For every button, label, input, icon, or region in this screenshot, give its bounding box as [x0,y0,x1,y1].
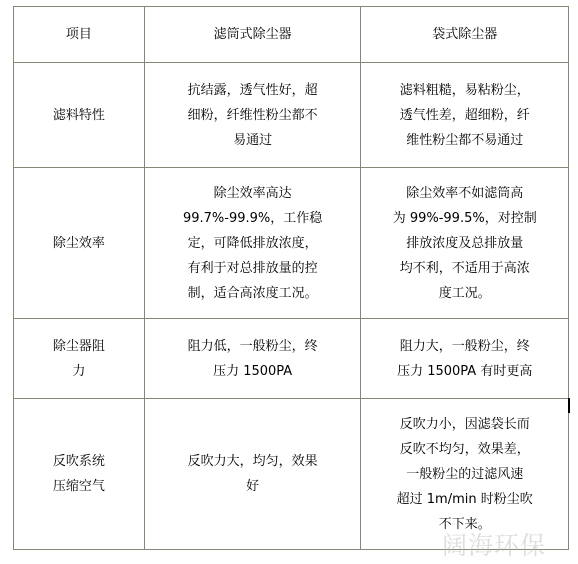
cell-line: 超过 1m/min 时粉尘吹 [397,487,533,512]
cell-text: 除尘效率高达 99.7%-99.9%，工作稳 定，可降低排放浓度， 有利于对总排… [183,181,322,306]
cell-cartridge: 抗结露，透气性好，超 细粉，纤维性粉尘都不 易通过 [144,63,361,168]
cell-line: 除尘效率 [53,231,105,256]
table-row-filter-media: 滤料特性 抗结露，透气性好，超 细粉，纤维性粉尘都不 易通过 滤料粗糙，易粘粉尘… [14,63,569,168]
header-item-label: 项目 [66,27,92,42]
dust-collector-comparison-table: 项目 滤筒式除尘器 袋式除尘器 滤料特性 抗结露，透气性好，超 细粉，纤维性粉尘… [13,6,569,550]
cell-text: 阻力大，一般粉尘，终 压力 1500PA 有时更高 [397,334,532,384]
cell-line: 除尘器阻 [53,334,105,359]
cell-line: 反吹力大，均匀，效果 [188,449,318,474]
cell-line: 维性粉尘都不易通过 [400,128,530,153]
cell-text: 除尘效率 [53,231,105,256]
cell-line: 透气性差，超细粉，纤 [400,103,530,128]
table-row-pulse-system: 反吹系统 压缩空气 反吹力大，均匀，效果 好 反吹力小，因滤袋长而 反吹不均匀，… [14,399,569,550]
cell-item: 除尘器阻 力 [14,319,145,399]
cell-line: 压缩空气 [53,474,105,499]
cell-text: 除尘效率不如滤筒高 为 99%-99.5%，对控制 排放浓度及总排放量 均不利，… [393,181,537,306]
header-bag-collector: 袋式除尘器 [361,7,569,63]
cell-line: 有利于对总排放量的控 [183,256,322,281]
header-cartridge-label: 滤筒式除尘器 [214,27,292,42]
cell-bag: 滤料粗糙，易粘粉尘， 透气性差，超细粉，纤 维性粉尘都不易通过 [361,63,569,168]
header-bag-label: 袋式除尘器 [432,27,497,42]
cell-line: 为 99%-99.5%，对控制 [393,206,537,231]
cell-line: 除尘效率不如滤筒高 [393,181,537,206]
comparison-table-container: 项目 滤筒式除尘器 袋式除尘器 滤料特性 抗结露，透气性好，超 细粉，纤维性粉尘… [13,6,569,550]
cell-text: 滤料粗糙，易粘粉尘， 透气性差，超细粉，纤 维性粉尘都不易通过 [400,78,530,153]
cell-line: 抗结露，透气性好，超 [188,78,318,103]
cell-text: 反吹力小，因滤袋长而 反吹不均匀，效果差， 一般粉尘的过滤风速 超过 1m/mi… [397,412,533,537]
cell-text: 滤料特性 [53,103,105,128]
cell-line: 阻力大，一般粉尘，终 [397,334,532,359]
cell-line: 滤料粗糙，易粘粉尘， [400,78,530,103]
header-cartridge-collector: 滤筒式除尘器 [144,7,361,63]
cell-line: 压力 1500PA [188,359,318,384]
cell-item: 滤料特性 [14,63,145,168]
cell-bag: 除尘效率不如滤筒高 为 99%-99.5%，对控制 排放浓度及总排放量 均不利，… [361,168,569,319]
table-row-efficiency: 除尘效率 除尘效率高达 99.7%-99.9%，工作稳 定，可降低排放浓度， 有… [14,168,569,319]
cell-line: 排放浓度及总排放量 [393,231,537,256]
cell-text: 反吹力大，均匀，效果 好 [188,449,318,499]
cell-line: 制，适合高浓度工况。 [183,281,322,306]
cell-bag: 反吹力小，因滤袋长而 反吹不均匀，效果差， 一般粉尘的过滤风速 超过 1m/mi… [361,399,569,550]
cell-line: 易通过 [188,128,318,153]
table-row-resistance: 除尘器阻 力 阻力低，一般粉尘，终 压力 1500PA 阻力大，一般粉尘，终 压… [14,319,569,399]
cell-line: 力 [53,359,105,384]
cell-item: 除尘效率 [14,168,145,319]
cell-text: 阻力低，一般粉尘，终 压力 1500PA [188,334,318,384]
cell-cartridge: 阻力低，一般粉尘，终 压力 1500PA [144,319,361,399]
cell-line: 反吹力小，因滤袋长而 [397,412,533,437]
cell-line: 99.7%-99.9%，工作稳 [183,206,322,231]
cell-cartridge: 反吹力大，均匀，效果 好 [144,399,361,550]
cell-line: 不下来。 [397,512,533,537]
cell-line: 除尘效率高达 [183,181,322,206]
table-header-row: 项目 滤筒式除尘器 袋式除尘器 [14,7,569,63]
cell-text: 除尘器阻 力 [53,334,105,384]
header-item: 项目 [14,7,145,63]
cell-text: 反吹系统 压缩空气 [53,449,105,499]
cell-line: 均不利，不适用于高浓 [393,256,537,281]
text-cursor-marker [568,398,570,413]
cell-line: 好 [188,474,318,499]
cell-line: 定，可降低排放浓度， [183,231,322,256]
cell-item: 反吹系统 压缩空气 [14,399,145,550]
cell-line: 一般粉尘的过滤风速 [397,462,533,487]
cell-line: 反吹不均匀，效果差， [397,437,533,462]
cell-text: 抗结露，透气性好，超 细粉，纤维性粉尘都不 易通过 [188,78,318,153]
cell-line: 细粉，纤维性粉尘都不 [188,103,318,128]
cell-line: 滤料特性 [53,103,105,128]
cell-line: 反吹系统 [53,449,105,474]
cell-line: 阻力低，一般粉尘，终 [188,334,318,359]
cell-line: 度工况。 [393,281,537,306]
cell-bag: 阻力大，一般粉尘，终 压力 1500PA 有时更高 [361,319,569,399]
cell-line: 压力 1500PA 有时更高 [397,359,532,384]
cell-cartridge: 除尘效率高达 99.7%-99.9%，工作稳 定，可降低排放浓度， 有利于对总排… [144,168,361,319]
